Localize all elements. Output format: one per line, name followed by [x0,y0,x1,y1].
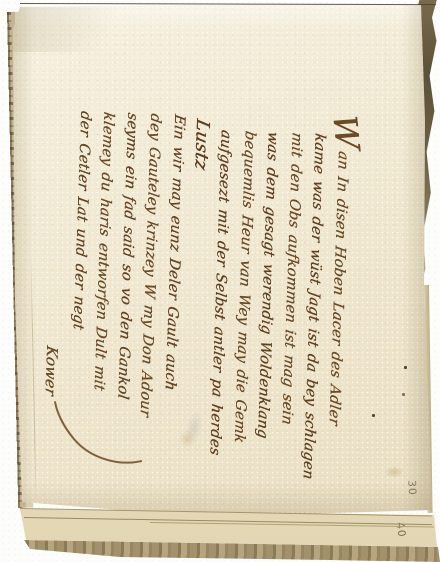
paragraph-a: Wan In disen Hoben Lacer des Adler kame … [202,108,356,485]
cover-top-edge-line [20,3,436,5]
flourished-initial: W [344,114,348,149]
ink-speck [404,366,407,369]
pen-flourish [47,398,149,471]
ink-speck [372,414,375,417]
folio-number-current: 30 [405,480,418,496]
manuscript-photo: 40 Wan In disen Hoben Lacer des Adler ka… [0,0,440,562]
ink-speck [402,393,405,396]
corner-fold-shading [10,4,160,52]
paper-stain [384,466,404,478]
handwritten-text-block: Wan In disen Hoben Lacer des Adler kame … [37,102,356,484]
manuscript-page: Wan In disen Hoben Lacer des Adler kame … [0,0,440,562]
